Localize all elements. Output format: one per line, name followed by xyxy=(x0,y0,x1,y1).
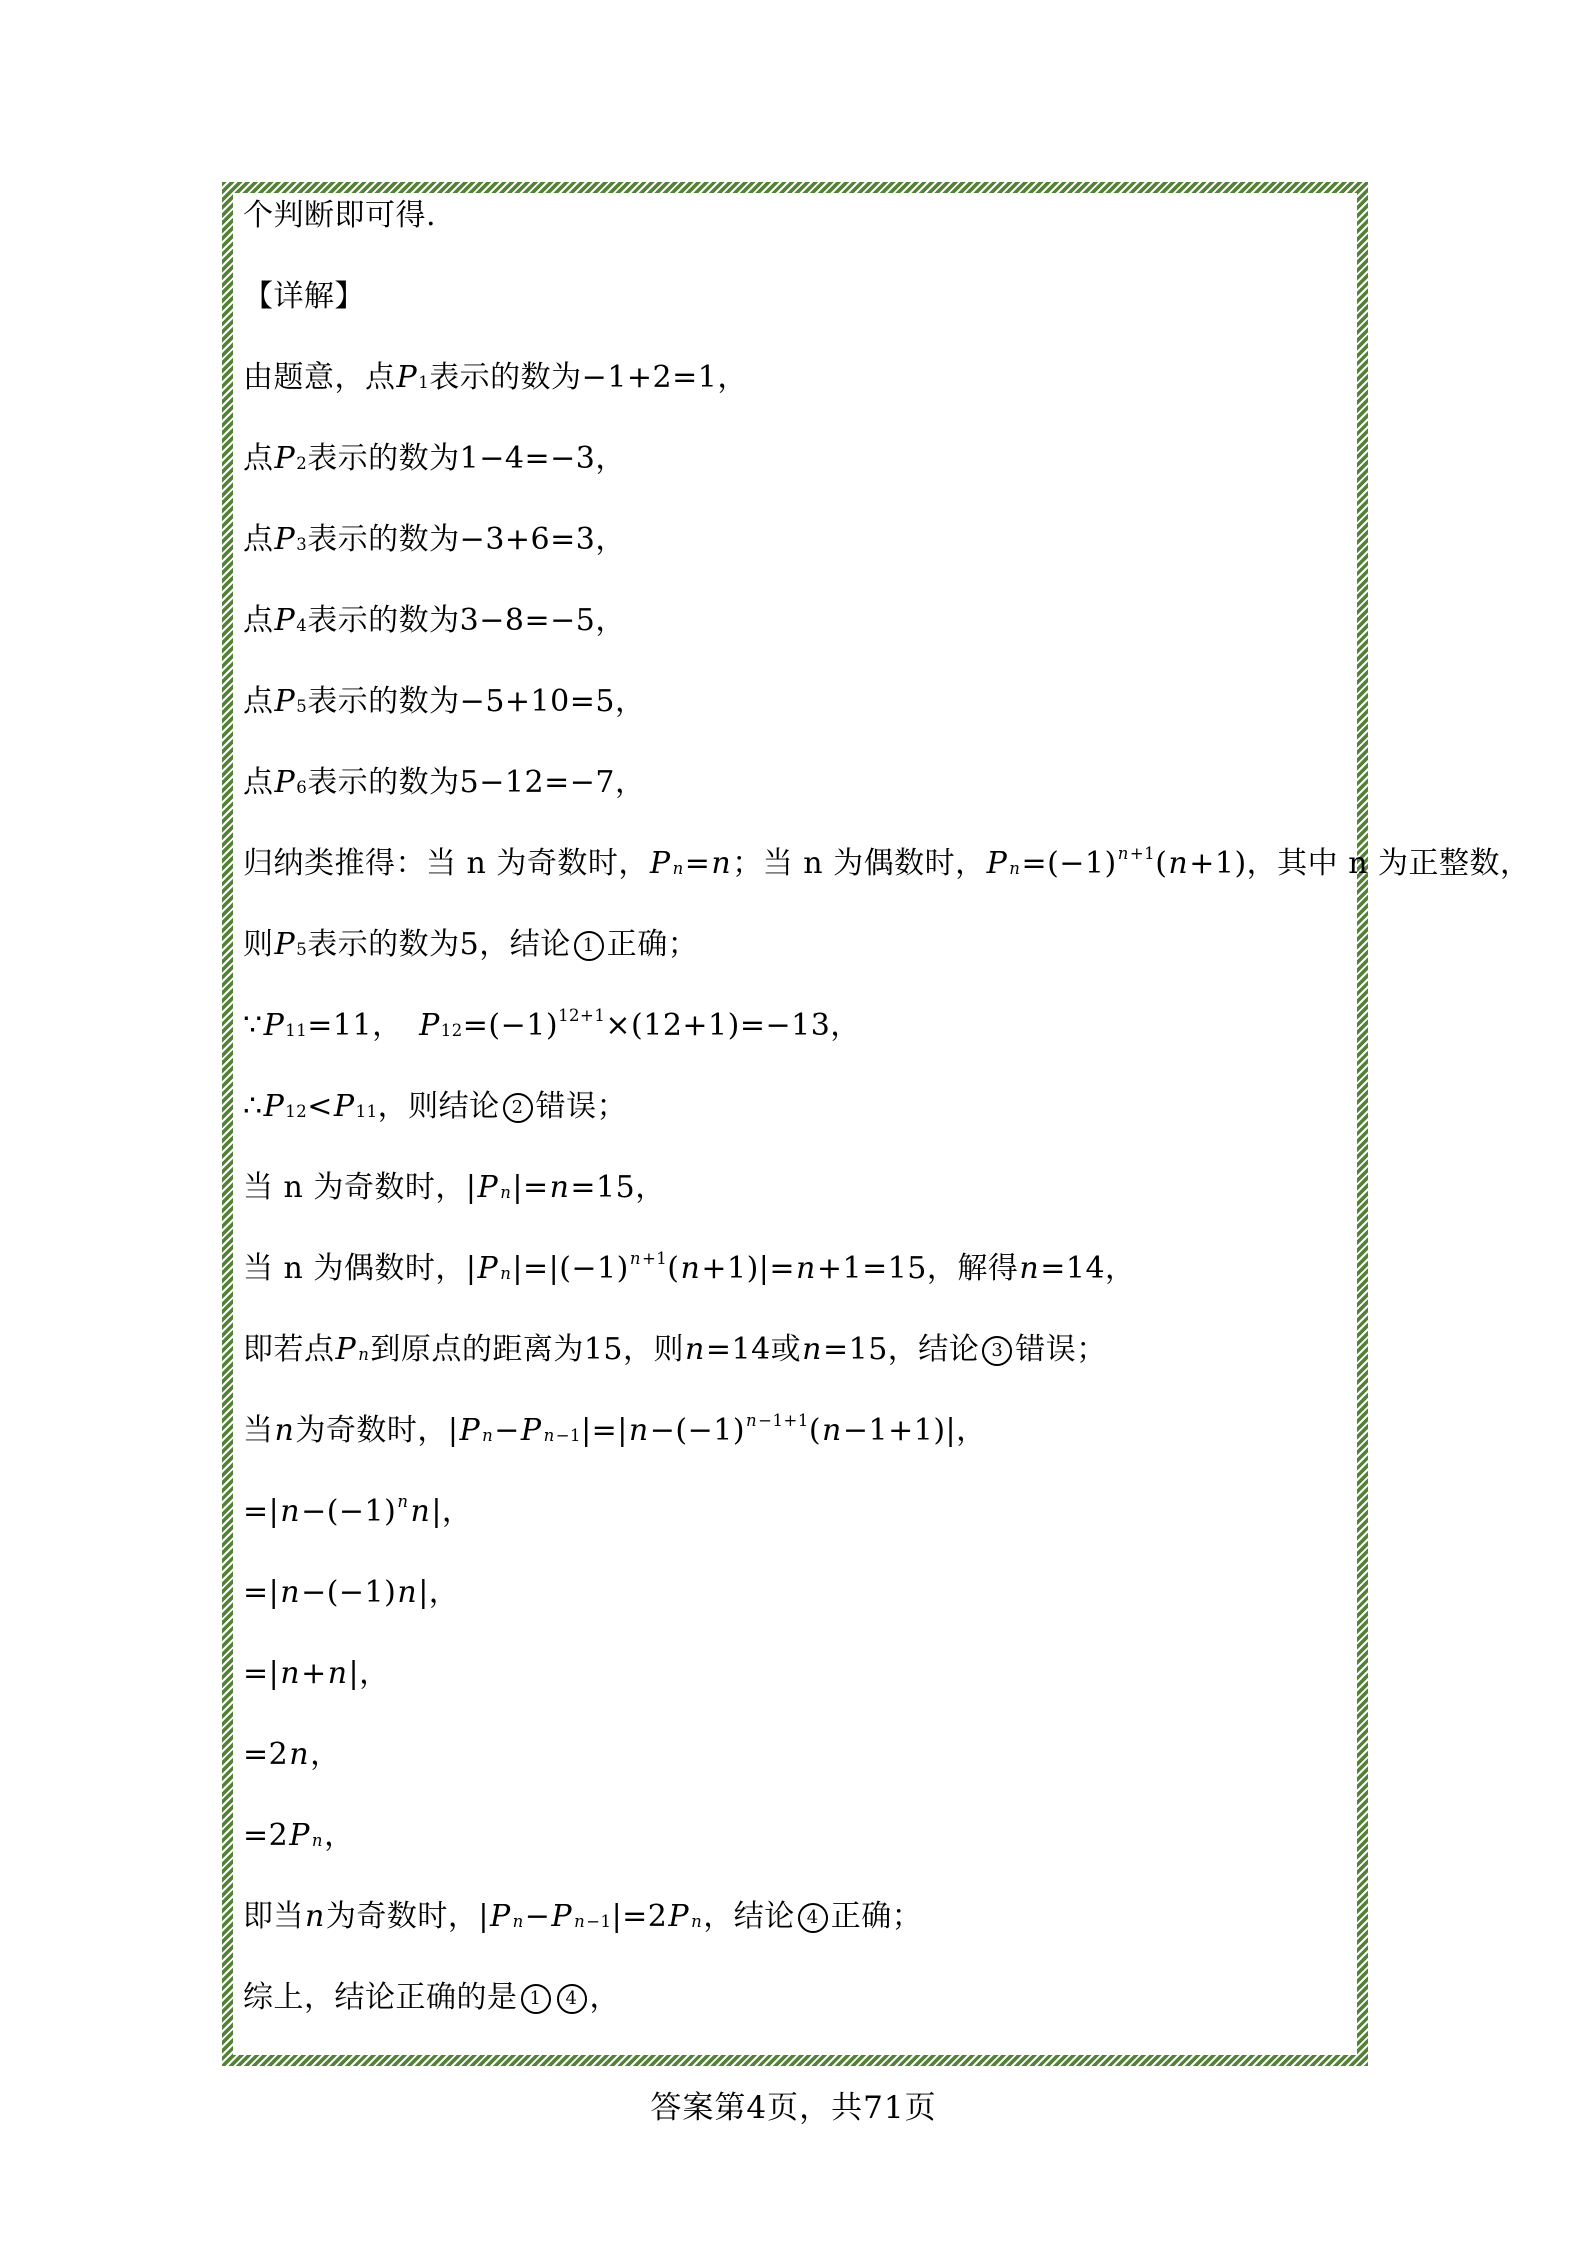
text-line: ∴P12<P11，则结论2错误； xyxy=(243,1067,1361,1148)
text-line: 当n为奇数时，|Pn−Pn−1|=|n−(−1)n−1+1(n−1+1)|， xyxy=(243,1391,1361,1472)
text-line: ∵P11=11， P12=(−1)12+1×(12+1)=−13， xyxy=(243,986,1361,1067)
text-line: 归纳类推得：当 n 为奇数时，Pn=n；当 n 为偶数时，Pn=(−1)n+1(… xyxy=(243,824,1361,905)
text-line: 点P6表示的数为5−12=−7， xyxy=(243,743,1361,824)
text-line: 点P5表示的数为−5+10=5， xyxy=(243,662,1361,743)
text-line: 【详解】 xyxy=(243,257,1361,338)
text-line: =2n， xyxy=(243,1715,1361,1796)
text-line: 由题意，点P1表示的数为−1+2=1， xyxy=(243,338,1361,419)
text-line: 点P2表示的数为1−4=−3， xyxy=(243,419,1361,500)
text-line: 当 n 为奇数时，|Pn|=n=15， xyxy=(243,1148,1361,1229)
text-line: 即若点Pn到原点的距离为15，则n=14或n=15，结论3错误； xyxy=(243,1310,1361,1391)
text-line: =2Pn， xyxy=(243,1796,1361,1877)
text-line: 即当n为奇数时，|Pn−Pn−1|=2Pn，结论4正确； xyxy=(243,1877,1361,1958)
text-line: 综上，结论正确的是14， xyxy=(243,1958,1361,2039)
text-line: =|n−(−1)nn|， xyxy=(243,1472,1361,1553)
text-line: 当 n 为偶数时，|Pn|=|(−1)n+1(n+1)|=n+1=15，解得n=… xyxy=(243,1229,1361,1310)
text-line: =|n−(−1)n|， xyxy=(243,1553,1361,1634)
text-line: 点P3表示的数为−3+6=3， xyxy=(243,500,1361,581)
text-line: 点P4表示的数为3−8=−5， xyxy=(243,581,1361,662)
text-line: 个判断即可得. xyxy=(243,176,1361,257)
page-footer: 答案第4页，共71页 xyxy=(0,2082,1587,2127)
text-line: =|n+n|， xyxy=(243,1634,1361,1715)
solution-body: 个判断即可得.【详解】由题意，点P1表示的数为−1+2=1，点P2表示的数为1−… xyxy=(243,176,1361,2039)
text-line: 则P5表示的数为5，结论1正确； xyxy=(243,905,1361,986)
